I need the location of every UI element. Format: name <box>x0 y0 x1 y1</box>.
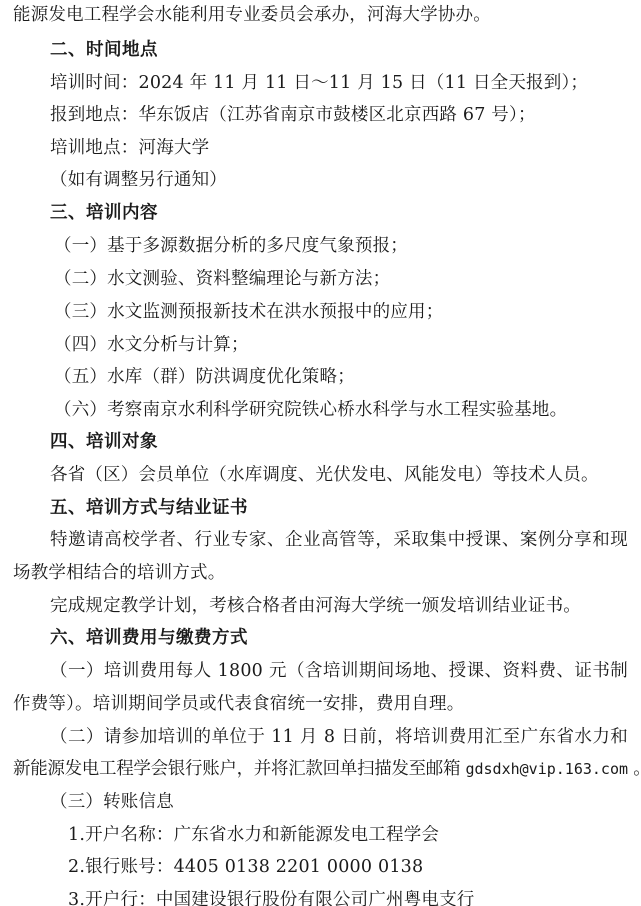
certificate-para: 完成规定教学计划，考核合格者由河海大学统一颁发培训结业证书。 <box>50 595 581 617</box>
payment-line1: （二）请参加培训的单位于 11 月 8 日前，将培训费用汇至广东省水力和 <box>50 726 628 748</box>
transfer-account-name: 1.开户名称：广东省水力和新能源发电工程学会 <box>68 824 439 846</box>
method-para-line1: 特邀请高校学者、行业专家、企业高管等，采取集中授课、案例分享和现 <box>50 529 628 551</box>
training-time: 培训时间：2024 年 11 月 11 日～11 月 15 日（11 日全天报到… <box>50 72 588 94</box>
transfer-bank: 3.开户行：中国建设银行股份有限公司广州粤电支行 <box>68 889 475 906</box>
target-audience: 各省（区）会员单位（水库调度、光伏发电、风能发电）等技术人员。 <box>50 464 599 486</box>
fee-line1: （一）培训费用每人 1800 元（含培训期间场地、授课、资料费、证书制 <box>50 660 628 682</box>
payment-line2: 新能源发电工程学会银行账户，并将汇款回单扫描发至邮箱 gdsdxh@vip.16… <box>13 758 641 780</box>
content-item-6: （六）考察南京水利科学研究院铁心桥水科学与水工程实验基地。 <box>54 399 567 421</box>
email-address[interactable]: gdsdxh@vip.163.com <box>465 760 628 778</box>
payment-line2-suffix: 。 <box>628 759 641 779</box>
payment-line2-prefix: 新能源发电工程学会银行账户，并将汇款回单扫描发至邮箱 <box>13 759 465 779</box>
intro-tail-text: 能源发电工程学会水能利用专业委员会承办，河海大学协办。 <box>13 4 491 26</box>
content-item-1: （一）基于多源数据分析的多尺度气象预报； <box>54 235 408 257</box>
fee-line2: 作费等）。培训期间学员或代表食宿统一安排，费用自理。 <box>13 693 464 715</box>
section6-heading: 六、培训费用与缴费方式 <box>50 627 248 649</box>
content-item-5: （五）水库（群）防洪调度优化策略； <box>54 366 355 388</box>
content-item-2: （二）水文测验、资料整编理论与新方法； <box>54 268 390 290</box>
transfer-account-number: 2.银行账号：4405 0138 2201 0000 0138 <box>68 856 423 878</box>
content-item-4: （四）水文分析与计算； <box>54 334 249 356</box>
checkin-location: 报到地点：华东饭店（江苏省南京市鼓楼区北京西路 67 号）； <box>50 104 536 126</box>
method-para-line2: 场教学相结合的培训方式。 <box>13 562 225 584</box>
section4-heading: 四、培训对象 <box>50 431 158 453</box>
adjustment-note: （如有调整另行通知） <box>50 169 227 191</box>
transfer-info-heading: （三）转账信息 <box>50 791 174 813</box>
training-location: 培训地点：河海大学 <box>50 137 209 159</box>
section3-heading: 三、培训内容 <box>50 202 158 224</box>
section2-heading: 二、时间地点 <box>50 39 158 61</box>
content-item-3: （三）水文监测预报新技术在洪水预报中的应用； <box>54 301 443 323</box>
section5-heading: 五、培训方式与结业证书 <box>50 497 248 519</box>
